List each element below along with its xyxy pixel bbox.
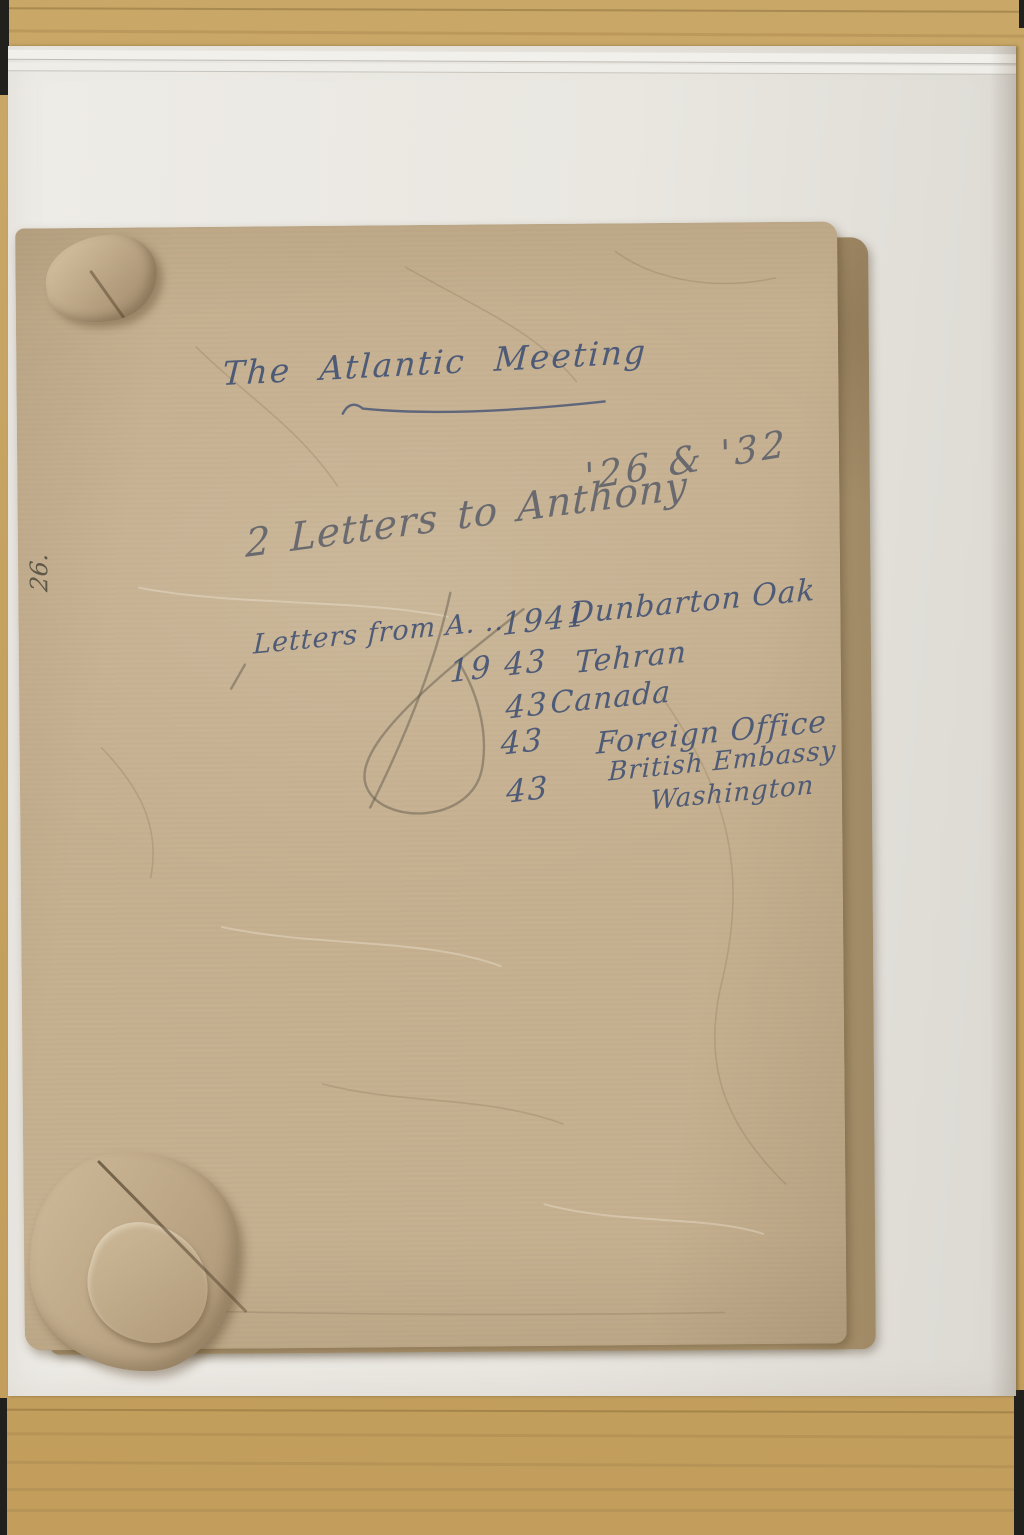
- entry-year: 43: [501, 722, 544, 763]
- margin-notation: 26.: [25, 552, 53, 593]
- folder-crease: [0, 7, 1024, 13]
- envelope: The Atlantic Meeting '26 & '32 2 Letters…: [15, 221, 847, 1350]
- entry-year: 43: [506, 770, 549, 811]
- folder-crease: [0, 1409, 1024, 1414]
- folder-crease: [0, 1432, 1024, 1439]
- folder-crease: [0, 1461, 1024, 1468]
- archive-photo: The Atlantic Meeting '26 & '32 2 Letters…: [0, 0, 1024, 1535]
- folder-crease: [0, 29, 1024, 37]
- folder-corner-shadow: [1019, 0, 1024, 28]
- corner-fold: [73, 1210, 223, 1356]
- sheet-edge: [8, 62, 1016, 75]
- entry-year: 43: [505, 686, 548, 727]
- folder-crease: [0, 1509, 1024, 1512]
- folder-corner-shadow: [1014, 1390, 1024, 1535]
- title-underline-flourish: [335, 391, 625, 428]
- sheet-shadow: [990, 46, 1016, 1396]
- folder-corner-shadow: [0, 1398, 7, 1535]
- folder-crease: [0, 1488, 1024, 1491]
